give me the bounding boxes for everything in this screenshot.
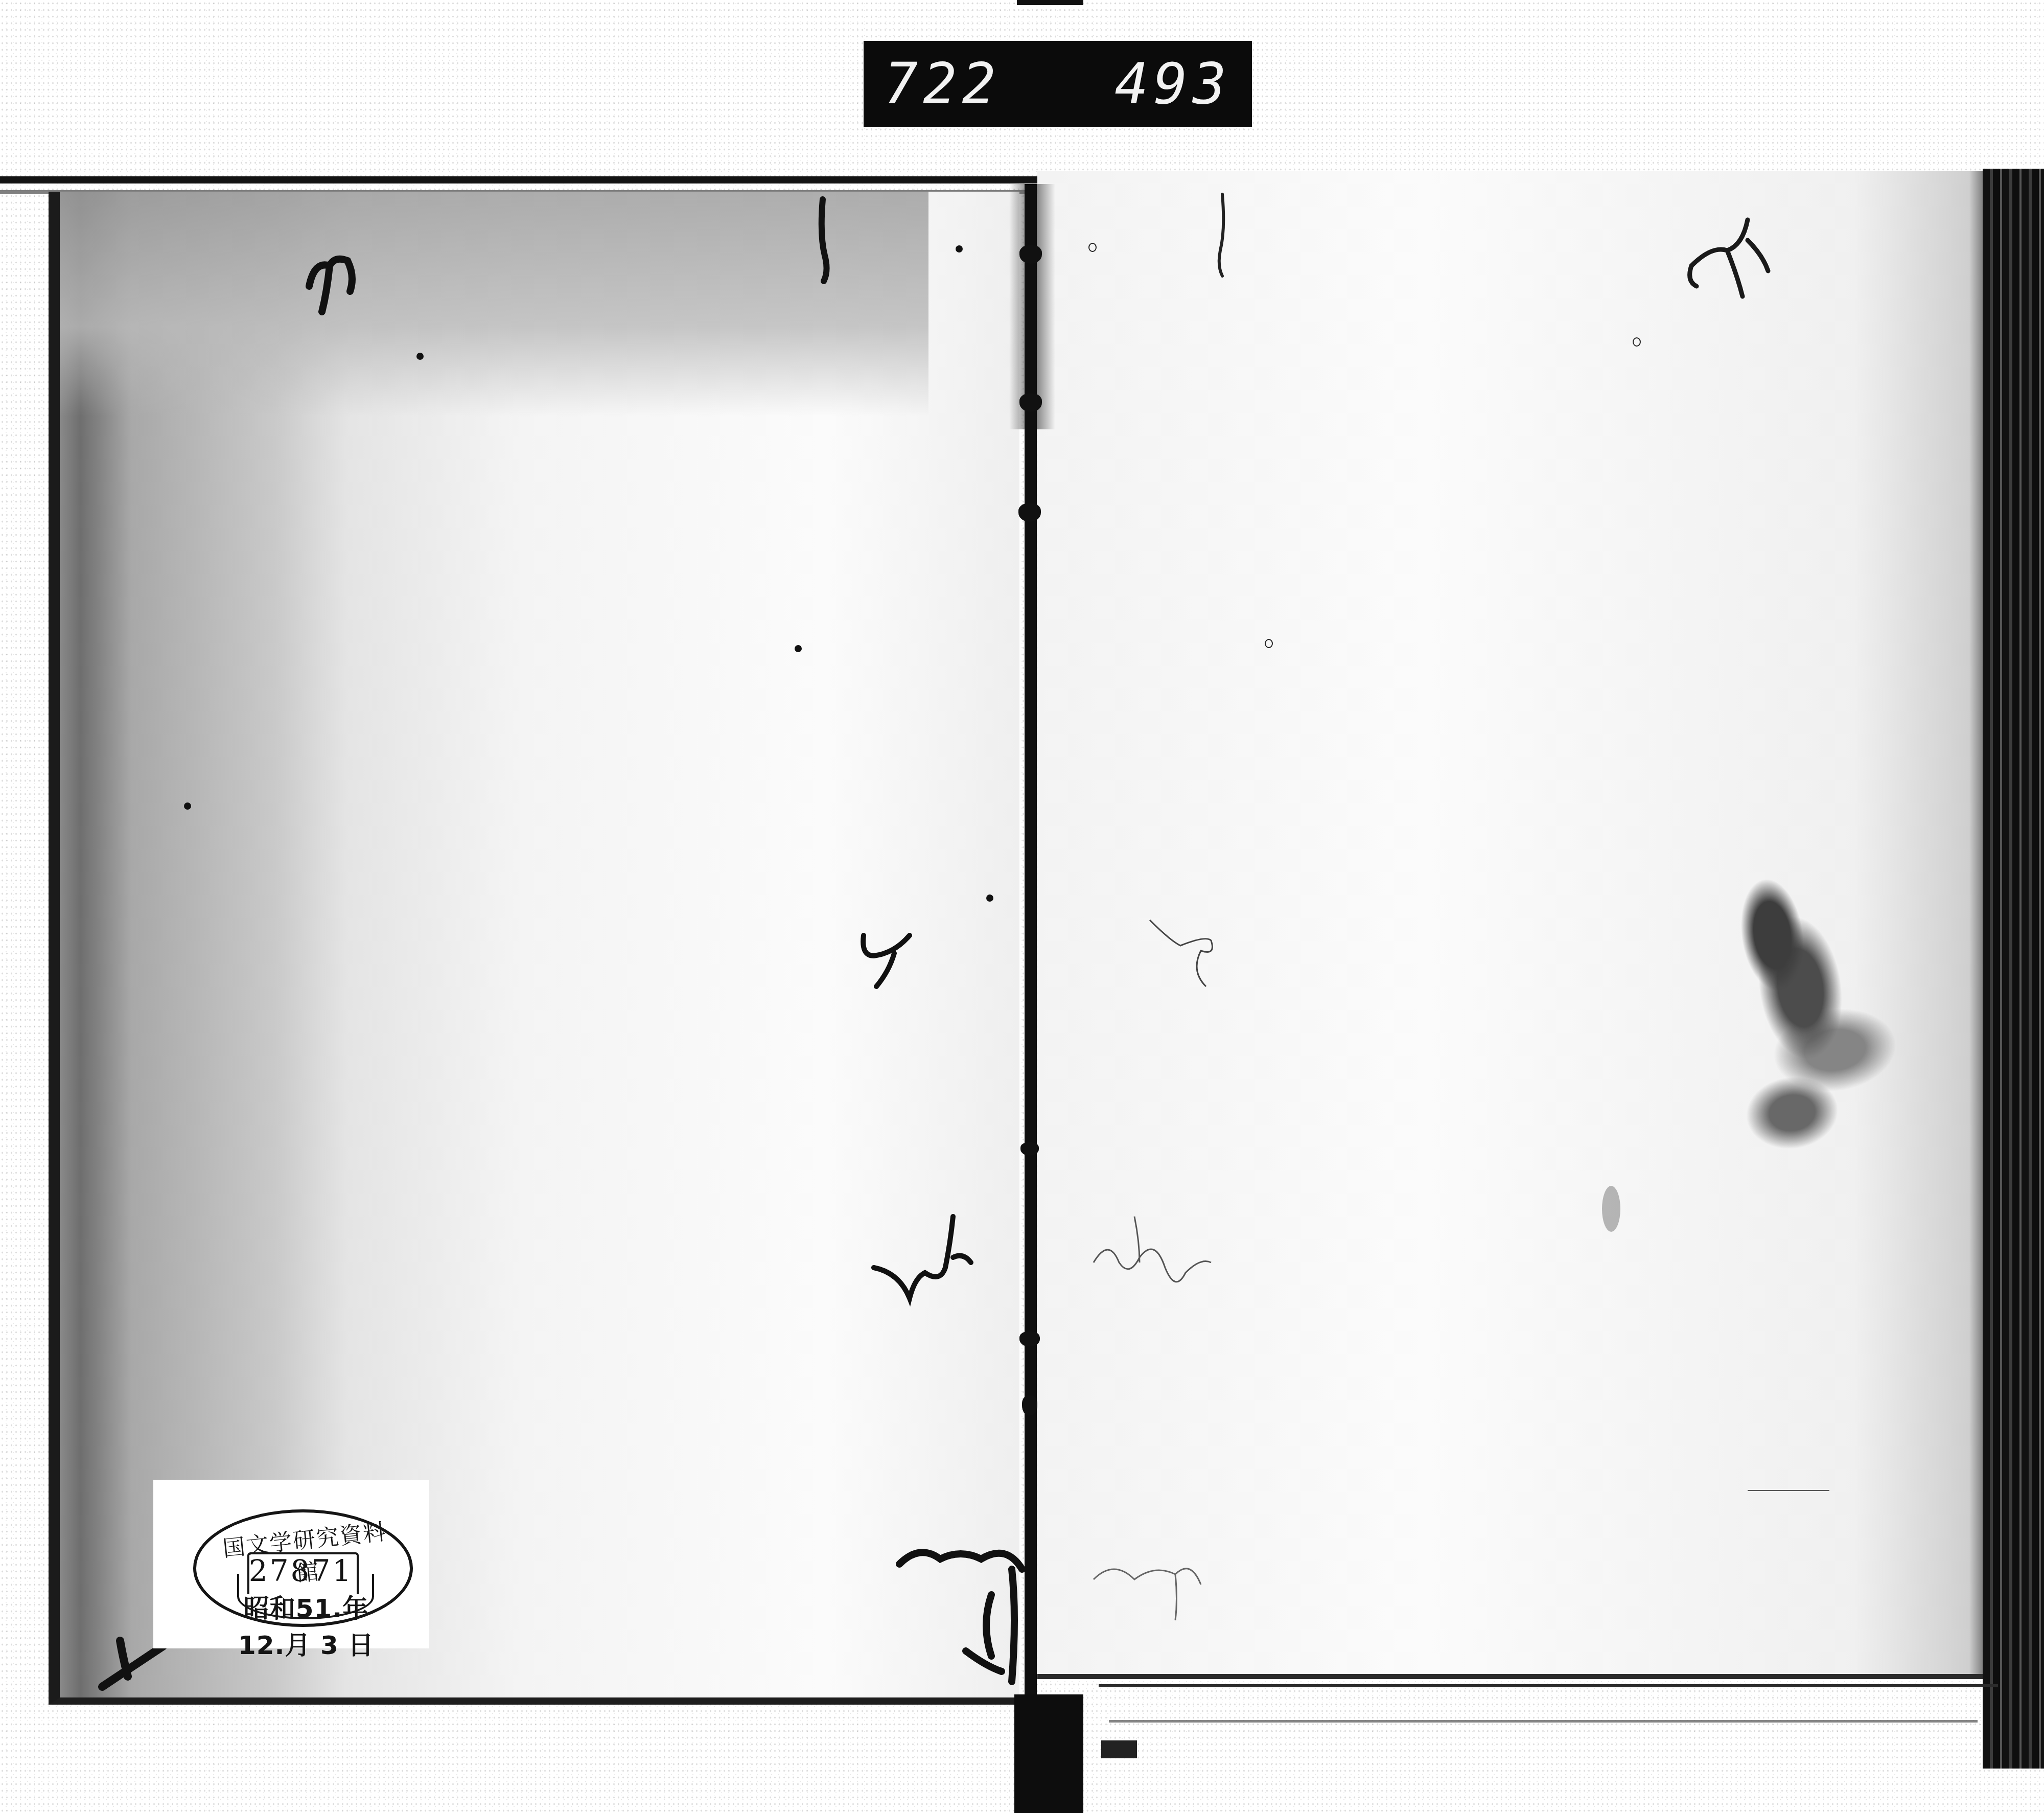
- speck: [795, 645, 802, 652]
- speck: [416, 353, 424, 360]
- stamp-date: 昭和51.年12.月 3 日: [222, 1588, 390, 1662]
- binding-knot: [1019, 1332, 1040, 1347]
- thread-mark-left-middle: [853, 915, 935, 992]
- stamp-accession-number: 27871: [247, 1553, 355, 1588]
- frame-number: 493: [1114, 51, 1232, 117]
- reel-number: 722: [884, 51, 1001, 117]
- small-stain: [1602, 1186, 1620, 1232]
- binding-knot: [1020, 1142, 1039, 1156]
- thread-mark-left-top: [299, 245, 360, 317]
- right-page-bottom-shadow: [1109, 1720, 1978, 1723]
- top-film-tab: [1017, 0, 1083, 5]
- thread-mark-right-middle: [1140, 915, 1221, 992]
- thread-mark-right-vertical: [1211, 189, 1232, 281]
- spine-bottom-tab: [1014, 1694, 1083, 1813]
- thread-mark-left-bottom: [889, 1539, 1053, 1692]
- binding-knot: [1018, 503, 1041, 522]
- thread-mark-right-bottom: [1088, 1549, 1211, 1631]
- thread-mark-left-vertical: [812, 194, 833, 286]
- page-stack-edge: [1983, 169, 2044, 1769]
- library-accession-stamp: 国文学研究資料館 27871 昭和51.年12.月 3 日: [193, 1509, 413, 1627]
- right-page-bottom-edge: [1099, 1684, 1998, 1687]
- frame-number-plate: 722 493: [864, 41, 1252, 127]
- speck-ring: [1088, 243, 1097, 252]
- speck: [956, 245, 963, 253]
- thread-mark-right-lower: [1083, 1196, 1216, 1309]
- speck-ring: [1265, 639, 1273, 648]
- faint-mark: [1748, 1490, 1829, 1491]
- thread-mark-right-top: [1681, 210, 1773, 302]
- speck: [184, 802, 191, 810]
- stamp-label-area: 国文学研究資料館 27871 昭和51.年12.月 3 日: [153, 1480, 429, 1648]
- binding-knot: [1019, 245, 1042, 264]
- binding-knot: [1019, 394, 1042, 412]
- speck: [986, 894, 993, 902]
- binding-knot: [1022, 1395, 1037, 1416]
- film-marker-block: [1101, 1740, 1137, 1758]
- thread-mark-left-lower: [869, 1196, 986, 1309]
- speck-ring: [1633, 337, 1641, 347]
